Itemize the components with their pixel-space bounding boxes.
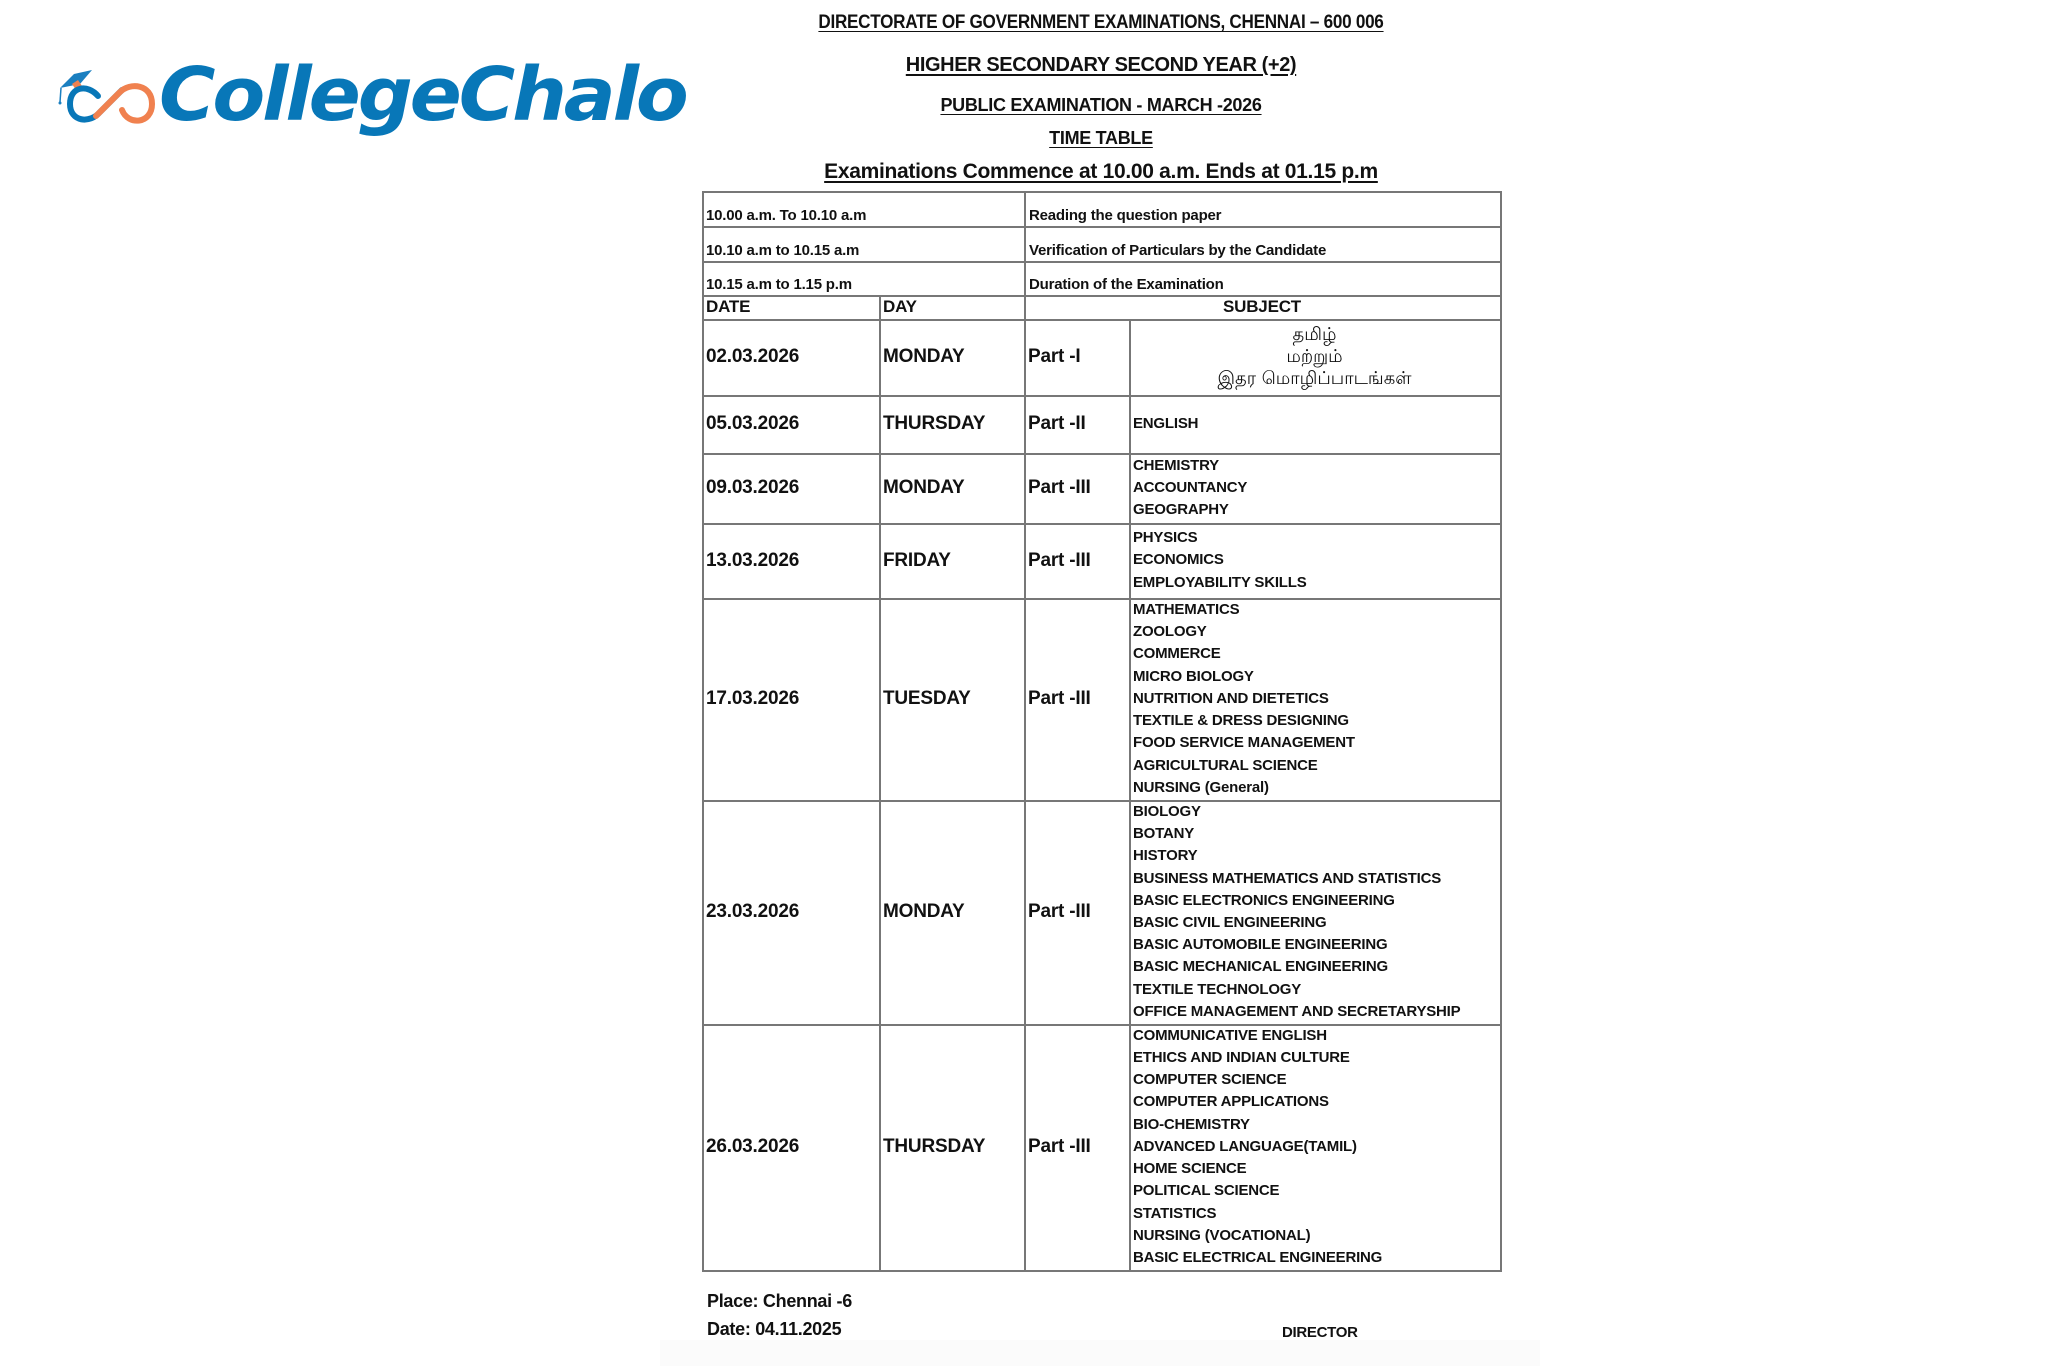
subject-item: STATISTICS xyxy=(1133,1203,1496,1225)
exam-subjects: ENGLISH xyxy=(1133,395,1496,453)
subject-item: BUSINESS MATHEMATICS AND STATISTICS xyxy=(1133,868,1496,890)
subject-item: NURSING (VOCATIONAL) xyxy=(1133,1225,1496,1247)
exam-part: Part -II xyxy=(1028,395,1086,453)
subject-item: BASIC CIVIL ENGINEERING xyxy=(1133,912,1496,934)
subject-item: POLITICAL SCIENCE xyxy=(1133,1180,1496,1202)
subject-item: மற்றும் xyxy=(1133,346,1496,368)
subject-item: COMMUNICATIVE ENGLISH xyxy=(1133,1025,1496,1047)
exam-day: MONDAY xyxy=(883,319,965,395)
subject-item: PHYSICS xyxy=(1133,527,1496,549)
exam-day: TUESDAY xyxy=(883,598,971,800)
graduation-cap-infinity-icon xyxy=(56,66,162,136)
subject-item: BASIC AUTOMOBILE ENGINEERING xyxy=(1133,934,1496,956)
exam-part: Part -III xyxy=(1028,800,1091,1024)
table-rule xyxy=(879,295,881,1270)
heading-line-1: DIRECTORATE OF GOVERNMENT EXAMINATIONS, … xyxy=(818,12,1383,34)
subject-item: BASIC ELECTRICAL ENGINEERING xyxy=(1133,1247,1496,1269)
schedule-activity: Duration of the Examination xyxy=(1029,276,1224,293)
exam-subjects: தமிழ்மற்றும்இதர மொழிப்பாடங்கள் xyxy=(1133,319,1496,395)
subject-item: COMPUTER SCIENCE xyxy=(1133,1069,1496,1091)
table-rule xyxy=(1129,319,1131,1270)
column-header-day: DAY xyxy=(883,297,917,317)
subject-item: BASIC ELECTRONICS ENGINEERING xyxy=(1133,890,1496,912)
subject-item: TEXTILE TECHNOLOGY xyxy=(1133,979,1496,1001)
page-bottom-shade xyxy=(660,1340,1540,1366)
exam-subjects: CHEMISTRYACCOUNTANCYGEOGRAPHY xyxy=(1133,453,1496,523)
exam-part: Part -III xyxy=(1028,1024,1091,1270)
subject-item: GEOGRAPHY xyxy=(1133,499,1496,521)
exam-date: 13.03.2026 xyxy=(706,523,799,598)
subject-item: இதர மொழிப்பாடங்கள் xyxy=(1133,368,1496,390)
subject-item: தமிழ் xyxy=(1133,324,1496,346)
subject-item: HISTORY xyxy=(1133,845,1496,867)
exam-day: THURSDAY xyxy=(883,395,985,453)
place-label: Place: Chennai -6 xyxy=(707,1291,852,1312)
schedule-time: 10.10 a.m to 10.15 a.m xyxy=(706,242,859,259)
exam-heading: PUBLIC EXAMINATION - MARCH -2026 xyxy=(702,95,1500,116)
subject-item: BOTANY xyxy=(1133,823,1496,845)
director-signature: DIRECTOR xyxy=(1282,1324,1358,1341)
subject-item: BIOLOGY xyxy=(1133,801,1496,823)
subject-item: ACCOUNTANCY xyxy=(1133,477,1496,499)
timetable-table: 10.00 a.m. To 10.10 a.m Reading the ques… xyxy=(702,191,1500,1270)
column-header-date: DATE xyxy=(706,297,750,317)
subject-item: BASIC MECHANICAL ENGINEERING xyxy=(1133,956,1496,978)
exam-date: 05.03.2026 xyxy=(706,395,799,453)
subject-item: ECONOMICS xyxy=(1133,549,1496,571)
subject-item: ETHICS AND INDIAN CULTURE xyxy=(1133,1047,1496,1069)
schedule-time: 10.15 a.m to 1.15 p.m xyxy=(706,276,852,293)
table-rule xyxy=(702,191,704,1272)
table-rule xyxy=(1024,191,1026,1270)
exam-part: Part -I xyxy=(1028,319,1080,395)
table-rule xyxy=(702,295,1502,297)
date-label: Date: 04.11.2025 xyxy=(707,1319,841,1340)
heading-line-2: HIGHER SECONDARY SECOND YEAR (+2) xyxy=(906,54,1296,76)
exam-date: 23.03.2026 xyxy=(706,800,799,1024)
subject-item: COMPUTER APPLICATIONS xyxy=(1133,1091,1496,1113)
subject-item: FOOD SERVICE MANAGEMENT xyxy=(1133,732,1496,754)
class-heading: HIGHER SECONDARY SECOND YEAR (+2) xyxy=(702,54,1500,77)
exam-part: Part -III xyxy=(1028,453,1091,523)
heading-line-5: Examinations Commence at 10.00 a.m. Ends… xyxy=(824,160,1378,183)
schedule-activity: Reading the question paper xyxy=(1029,207,1221,224)
timing-heading: Examinations Commence at 10.00 a.m. Ends… xyxy=(702,160,1500,184)
table-rule xyxy=(702,1270,1502,1272)
timetable-heading: TIME TABLE xyxy=(702,128,1500,149)
heading-line-3: PUBLIC EXAMINATION - MARCH -2026 xyxy=(940,95,1261,115)
exam-subjects: MATHEMATICSZOOLOGYCOMMERCEMICRO BIOLOGYN… xyxy=(1133,598,1496,800)
subject-item: ADVANCED LANGUAGE(TAMIL) xyxy=(1133,1136,1496,1158)
subject-item: OFFICE MANAGEMENT AND SECRETARYSHIP xyxy=(1133,1001,1496,1023)
exam-day: FRIDAY xyxy=(883,523,951,598)
subject-item: HOME SCIENCE xyxy=(1133,1158,1496,1180)
exam-date: 17.03.2026 xyxy=(706,598,799,800)
table-rule xyxy=(702,261,1502,263)
exam-date: 02.03.2026 xyxy=(706,319,799,395)
exam-day: THURSDAY xyxy=(883,1024,985,1270)
exam-part: Part -III xyxy=(1028,523,1091,598)
subject-item: CHEMISTRY xyxy=(1133,455,1496,477)
exam-day: MONDAY xyxy=(883,453,965,523)
subject-item: EMPLOYABILITY SKILLS xyxy=(1133,572,1496,594)
exam-date: 26.03.2026 xyxy=(706,1024,799,1270)
schedule-time: 10.00 a.m. To 10.10 a.m xyxy=(706,207,866,224)
exam-day: MONDAY xyxy=(883,800,965,1024)
subject-item: NUTRITION AND DIETETICS xyxy=(1133,688,1496,710)
exam-part: Part -III xyxy=(1028,598,1091,800)
subject-item: MICRO BIOLOGY xyxy=(1133,666,1496,688)
subject-item: NURSING (General) xyxy=(1133,777,1496,799)
subject-item: TEXTILE & DRESS DESIGNING xyxy=(1133,710,1496,732)
heading-line-4: TIME TABLE xyxy=(1049,128,1153,148)
table-rule xyxy=(702,226,1502,228)
exam-subjects: PHYSICSECONOMICSEMPLOYABILITY SKILLS xyxy=(1133,523,1496,598)
exam-subjects: BIOLOGYBOTANYHISTORYBUSINESS MATHEMATICS… xyxy=(1133,800,1496,1024)
subject-item: COMMERCE xyxy=(1133,643,1496,665)
schedule-activity: Verification of Particulars by the Candi… xyxy=(1029,242,1326,259)
table-rule xyxy=(1500,191,1502,1272)
subject-item: ZOOLOGY xyxy=(1133,621,1496,643)
column-header-subject: SUBJECT xyxy=(1024,297,1500,317)
directorate-heading: DIRECTORATE OF GOVERNMENT EXAMINATIONS, … xyxy=(702,12,1500,34)
table-rule xyxy=(702,191,1502,193)
exam-date: 09.03.2026 xyxy=(706,453,799,523)
brand-name: CollegeChalo xyxy=(159,58,686,132)
collegechalo-logo[interactable]: CollegeChalo xyxy=(56,64,666,154)
subject-item: MATHEMATICS xyxy=(1133,599,1496,621)
subject-item: BIO-CHEMISTRY xyxy=(1133,1114,1496,1136)
exam-subjects: COMMUNICATIVE ENGLISHETHICS AND INDIAN C… xyxy=(1133,1024,1496,1270)
subject-item: ENGLISH xyxy=(1133,413,1496,435)
subject-item: AGRICULTURAL SCIENCE xyxy=(1133,755,1496,777)
